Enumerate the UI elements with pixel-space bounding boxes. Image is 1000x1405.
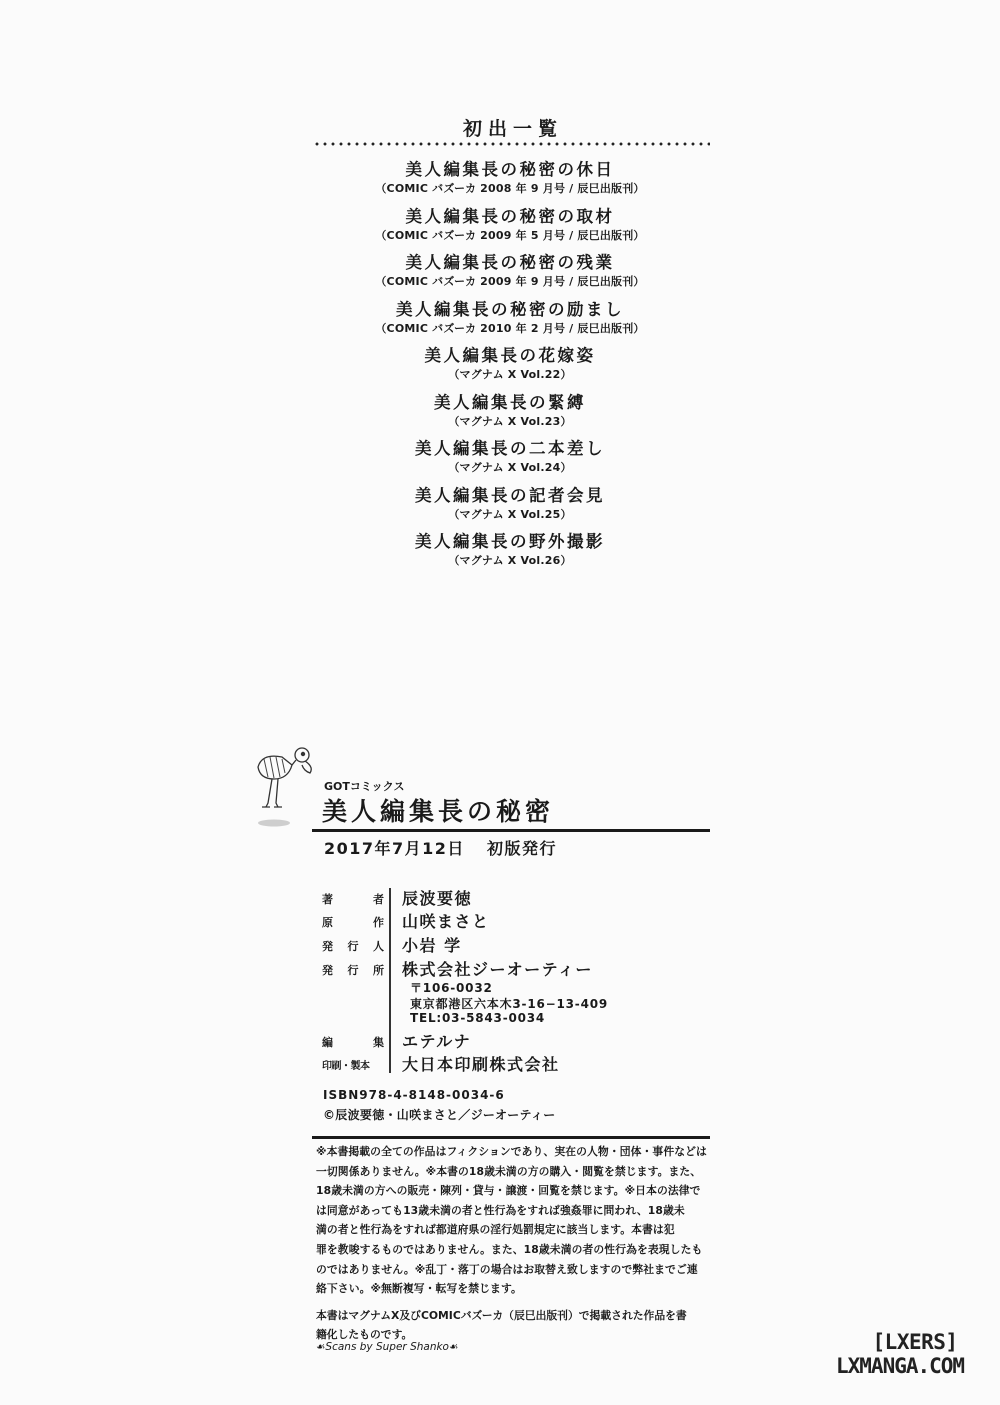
list-item: 美人編集長の記者会見 （マグナム X Vol.25）: [310, 484, 710, 531]
list-item: 美人編集長の秘密の取材 （COMIC バズーカ 2009 年 5 月号 / 辰巳…: [310, 205, 710, 252]
credit-value: エテルナ: [402, 1029, 471, 1052]
credit-row-printing: 印刷・製本 大日本印刷株式会社: [318, 1052, 678, 1076]
list-item: 美人編集長の秘密の残業 （COMIC バズーカ 2009 年 9 月号 / 辰巳…: [310, 251, 710, 298]
credit-value: 株式会社ジーオーティー: [402, 957, 593, 980]
notice-line: 罪を教唆するものではありません。また、18歳未満の者の性行為を表現したも: [316, 1240, 712, 1260]
notice-line: 一切関係ありません。※本書の18歳未満の方の購入・閲覧を禁じます。また、: [316, 1162, 712, 1182]
series-name: GOTコミックス: [324, 778, 405, 794]
notice-line: 絡下さい。※無断複写・転写を禁じます。: [316, 1279, 712, 1299]
notice-line: 満の者と性行為をすれば都道府県の淫行処罰規定に該当します。本書は犯: [316, 1220, 712, 1240]
credit-value: 辰波要徳: [402, 886, 472, 909]
credit-label: 著者: [322, 891, 384, 907]
notice-line: ※本書掲載の全ての作品はフィクションであり、実在の人物・団体・事件などは: [316, 1142, 712, 1162]
entry-source: （マグナム X Vol.25）: [310, 508, 710, 522]
entry-source: （マグナム X Vol.23）: [310, 415, 710, 429]
copyright: ©辰波要徳・山咲まさと／ジーオーティー: [323, 1106, 556, 1123]
credit-label: 印刷・製本: [322, 1057, 384, 1072]
credit-value: 大日本印刷株式会社: [402, 1052, 560, 1075]
footnote-line: 本書はマグナムX及びCOMICバズーカ（辰巳出版刊）で掲載された作品を書: [316, 1306, 712, 1325]
entry-source: （COMIC バズーカ 2008 年 9 月号 / 辰巳出版刊）: [310, 182, 710, 196]
entry-title: 美人編集長の秘密の休日: [310, 158, 710, 182]
credit-value: 小岩 学: [402, 933, 462, 956]
first-appearance-heading: 初出一覧: [0, 114, 1000, 141]
publication-date: 2017年7月12日初版発行: [324, 836, 557, 859]
credit-row-editor: 編集 エテルナ: [318, 1029, 678, 1053]
entry-source: （COMIC バズーカ 2010 年 2 月号 / 辰巳出版刊）: [310, 322, 710, 336]
credit-value: 山咲まさと: [402, 909, 490, 932]
entry-title: 美人編集長の二本差し: [310, 437, 710, 461]
legal-notice: ※本書掲載の全ての作品はフィクションであり、実在の人物・団体・事件などは 一切関…: [316, 1142, 712, 1299]
credit-label: 編集: [322, 1034, 384, 1050]
list-item: 美人編集長の秘密の励まし （COMIC バズーカ 2010 年 2 月号 / 辰…: [310, 298, 710, 345]
list-item: 美人編集長の緊縛 （マグナム X Vol.23）: [310, 391, 710, 438]
entry-source: （COMIC バズーカ 2009 年 5 月号 / 辰巳出版刊）: [310, 229, 710, 243]
credit-row-original: 原作 山咲まさと: [318, 909, 678, 933]
notice-rule: [312, 1136, 710, 1139]
watermark-brand: [LXERS]: [866, 1330, 964, 1354]
entry-title: 美人編集長の秘密の残業: [310, 251, 710, 275]
postal-code: 〒106-0032: [410, 979, 493, 996]
first-appearance-list: 美人編集長の秘密の休日 （COMIC バズーカ 2008 年 9 月号 / 辰巳…: [310, 158, 710, 577]
watermark-site: LXMANGA.COM: [836, 1354, 964, 1378]
entry-source: （COMIC バズーカ 2009 年 9 月号 / 辰巳出版刊）: [310, 275, 710, 289]
credit-label: 原作: [322, 914, 384, 930]
notice-line: は同意があっても13歳未満の者と性行為をすれば強姦罪に問われ、18歳未: [316, 1201, 712, 1221]
isbn: ISBN978-4-8148-0034-6: [323, 1088, 505, 1102]
book-title: 美人編集長の秘密: [322, 796, 554, 828]
notice-line: 18歳未満の方への販売・陳列・貸与・譲渡・回覧を禁じます。※日本の法律で: [316, 1181, 712, 1201]
entry-title: 美人編集長の秘密の励まし: [310, 298, 710, 322]
credit-row-author: 著者 辰波要徳: [318, 886, 678, 910]
entry-title: 美人編集長の記者会見: [310, 484, 710, 508]
credit-row-publisher-person: 発行人 小岩 学: [318, 933, 678, 957]
list-item: 美人編集長の二本差し （マグナム X Vol.24）: [310, 437, 710, 484]
notice-line: のではありません。※乱丁・落丁の場合はお取替え致しますので弊社までご連: [316, 1260, 712, 1280]
entry-source: （マグナム X Vol.24）: [310, 461, 710, 475]
list-item: 美人編集長の花嫁姿 （マグナム X Vol.22）: [310, 344, 710, 391]
credit-row-publisher: 発行所 株式会社ジーオーティー: [318, 957, 678, 981]
title-rule: [312, 829, 710, 832]
entry-title: 美人編集長の緊縛: [310, 391, 710, 415]
street-address: 東京都港区六本木3-16−13-409: [410, 995, 608, 1012]
list-item: 美人編集長の秘密の休日 （COMIC バズーカ 2008 年 9 月号 / 辰巳…: [310, 158, 710, 205]
credit-label: 発行人: [322, 938, 384, 954]
scan-credit: ☙Scans by Super Shanko☙: [316, 1341, 458, 1353]
watermark: [LXERS] LXMANGA.COM: [866, 1330, 964, 1378]
edition: 初版発行: [487, 839, 557, 858]
dotted-divider: [313, 142, 710, 146]
date: 2017年7月12日: [324, 839, 465, 858]
entry-title: 美人編集長の野外撮影: [310, 530, 710, 554]
telephone: TEL:03-5843-0034: [410, 1011, 545, 1025]
entry-source: （マグナム X Vol.22）: [310, 368, 710, 382]
credit-label: 発行所: [322, 962, 384, 978]
entry-source: （マグナム X Vol.26）: [310, 554, 710, 568]
entry-title: 美人編集長の花嫁姿: [310, 344, 710, 368]
list-item: 美人編集長の野外撮影 （マグナム X Vol.26）: [310, 530, 710, 577]
bird-mascot-icon: [252, 745, 312, 830]
publication-footnote: 本書はマグナムX及びCOMICバズーカ（辰巳出版刊）で掲載された作品を書 籍化し…: [316, 1306, 712, 1344]
entry-title: 美人編集長の秘密の取材: [310, 205, 710, 229]
